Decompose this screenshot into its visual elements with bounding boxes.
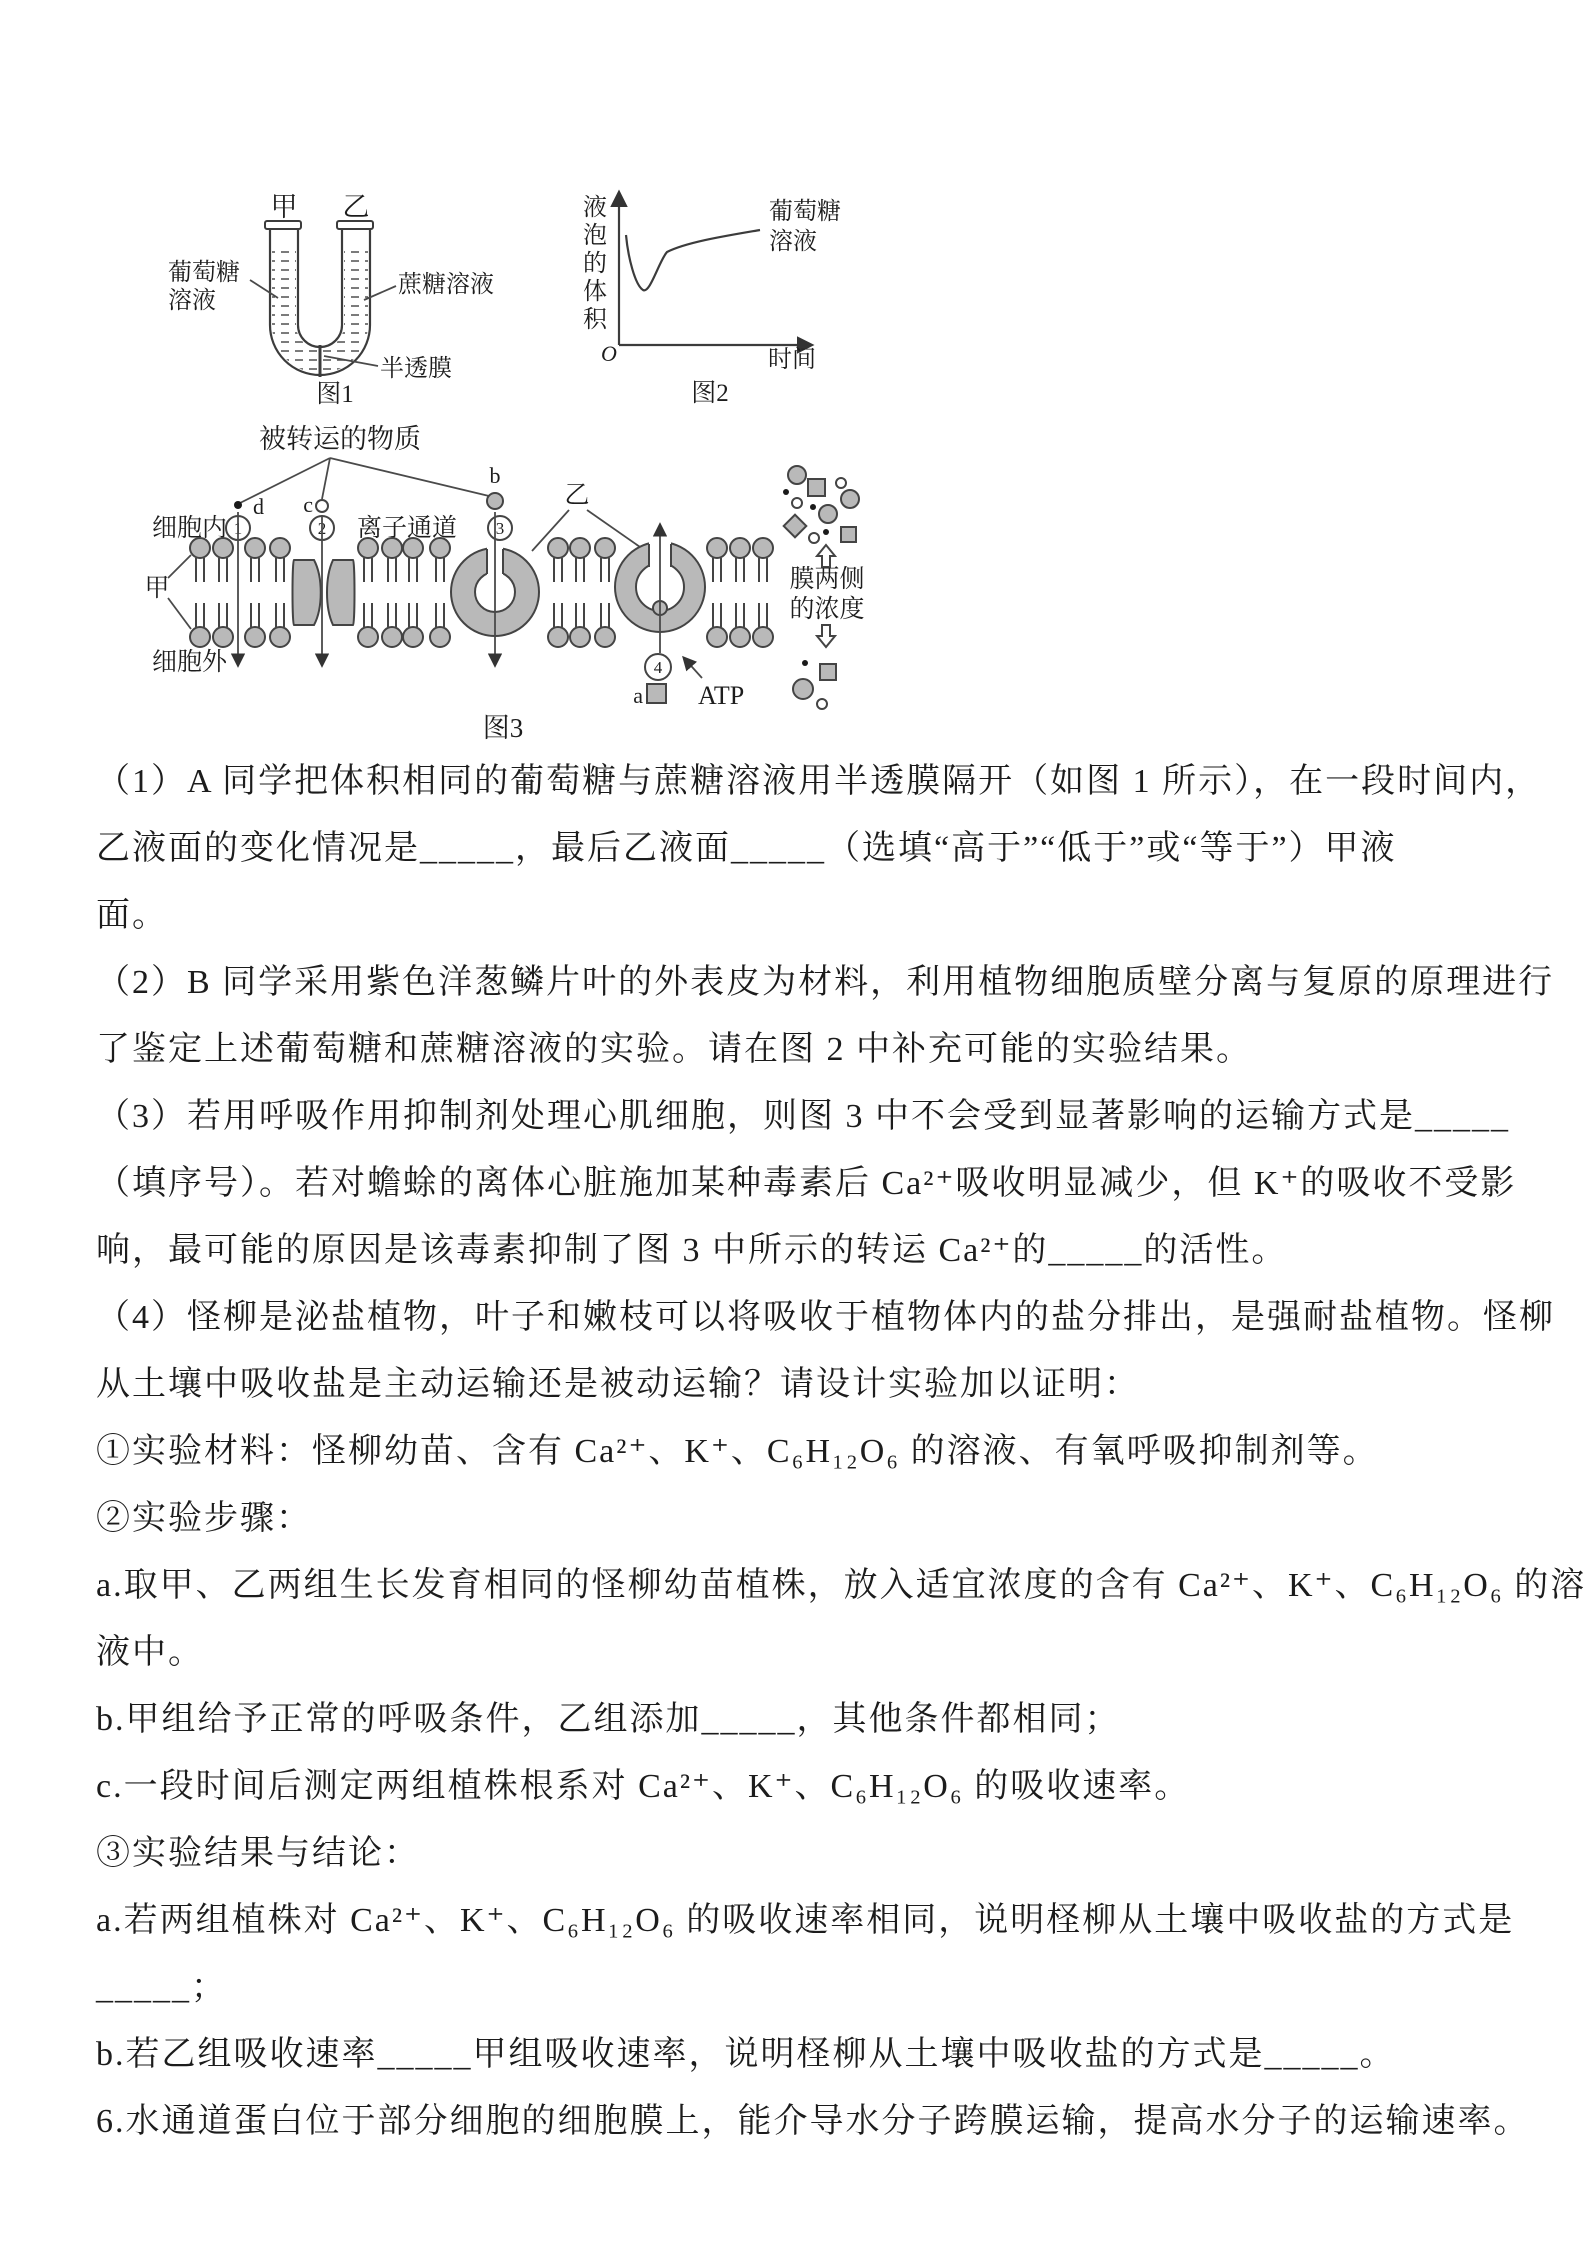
q2-line-2: 了鉴定上述葡萄糖和蔗糖溶液的实验。请在图 2 中补充可能的实验结果。 <box>96 1016 1516 1083</box>
ion-channel-protein <box>293 560 355 625</box>
q4-result-b: b.若乙组吸收速率_____甲组吸收速率，说明柽柳从土壤中吸收盐的方式是____… <box>96 2021 1516 2088</box>
circled-number-3: 3 <box>488 516 512 540</box>
svg-text:液: 液 <box>583 194 607 221</box>
q2-line-1: （2）B 同学采用紫色洋葱鳞片叶的外表皮为材料，利用植物细胞质壁分离与复原的原理… <box>96 949 1516 1016</box>
q6-line-1: 6.水通道蛋白位于部分细胞的细胞膜上，能介导水分子跨膜运输，提高水分子的运输速率… <box>96 2088 1516 2155</box>
q4-materials: ①实验材料：怪柳幼苗、含有 Ca²⁺、K⁺、C₆H₁₂O₆ 的溶液、有氧呼吸抑制… <box>96 1418 1516 1485</box>
high-concentration-particles <box>783 466 859 543</box>
q3-line-1: （3）若用呼吸作用抑制剂处理心肌细胞，则图 3 中不会受到显著影响的运输方式是_… <box>96 1083 1516 1150</box>
q4-step-c: c.一段时间后测定两组植株根系对 Ca²⁺、K⁺、C₆H₁₂O₆ 的吸收速率。 <box>96 1753 1516 1820</box>
q4-line-1: （4）怪柳是泌盐植物，叶子和嫩枝可以将吸收于植物体内的盐分排出，是强耐盐植物。怪… <box>96 1284 1516 1351</box>
svg-text:体: 体 <box>583 278 607 305</box>
svg-text:4: 4 <box>654 658 663 677</box>
cell-inside-label: 细胞内 <box>152 514 227 542</box>
q4-result-a-line-1: a.若两组植株对 Ca²⁺、K⁺、C₆H₁₂O₆ 的吸收速率相同，说明柽柳从土壤… <box>96 1887 1516 1954</box>
q3-line-3: 响，最可能的原因是该毒素抑制了图 3 中所示的转运 Ca²⁺的_____的活性。 <box>96 1217 1516 1284</box>
q1-line-3: 面。 <box>96 882 1516 949</box>
substance-b-label: b <box>490 463 501 488</box>
membrane-jia-label: 甲 <box>144 575 169 602</box>
figure-3-membrane: 被转运的物质 d c b 细胞内 1 2 离子通道 3 乙 <box>95 415 905 750</box>
figure-1-utube: 甲 乙 葡萄糖 溶液 蔗糖溶液 半透膜 图1 <box>140 140 580 412</box>
substance-b-circle <box>487 493 503 509</box>
jia-leader-lines <box>168 555 191 629</box>
figure-3-caption: 图3 <box>483 713 524 743</box>
up-arrow-icon <box>817 545 835 567</box>
glucose-curve <box>626 230 760 290</box>
substance-a-label: a <box>633 683 643 708</box>
transported-substance-label: 被转运的物质 <box>259 424 421 454</box>
figure-2-caption: 图2 <box>691 380 729 407</box>
figure-2-graph: 液 泡 的 体 积 O 时间 葡萄糖 溶液 图2 <box>555 145 865 410</box>
q4-step-b: b.甲组给予正常的呼吸条件，乙组添加_____，其他条件都相同； <box>96 1686 1516 1753</box>
protein-yi-label: 乙 <box>564 482 589 509</box>
origin-label: O <box>601 341 617 366</box>
svg-text:泡: 泡 <box>583 222 607 249</box>
glucose-solution-label-line1: 葡萄糖 <box>168 259 240 286</box>
svg-text:的: 的 <box>583 250 607 277</box>
low-concentration-particles <box>793 660 836 709</box>
q4-result-a-line-2: _____； <box>96 1954 1516 2021</box>
circled-number-4: 4 <box>645 654 671 680</box>
x-axis-label: 时间 <box>768 346 816 373</box>
q1-line-1: （1）A 同学把体积相同的葡萄糖与蔗糖溶液用半透膜隔开（如图 1 所示），在一段… <box>96 748 1516 815</box>
down-arrow-icon <box>817 625 835 647</box>
glucose-solution-label-line2: 溶液 <box>168 287 216 314</box>
q4-results-heading: ③实验结果与结论： <box>96 1820 1516 1887</box>
membrane-concentration-label-line1: 膜两侧 <box>789 565 864 593</box>
q4-steps-heading: ②实验步骤： <box>96 1485 1516 1552</box>
document-page: 甲 乙 葡萄糖 溶液 蔗糖溶液 半透膜 图1 液 泡 的 体 积 O 时间 葡萄… <box>0 0 1587 2245</box>
atp-label: ATP <box>698 681 744 710</box>
curve-series-label-line2: 溶液 <box>769 228 817 255</box>
substance-c-circle <box>316 500 328 512</box>
sucrose-solution-label: 蔗糖溶液 <box>398 271 494 298</box>
q4-step-a-line-1: a.取甲、乙两组生长发育相同的怪柳幼苗植株，放入适宜浓度的含有 Ca²⁺、K⁺、… <box>96 1552 1516 1619</box>
cell-outside-label: 细胞外 <box>152 648 228 676</box>
substance-d-dot <box>234 501 242 509</box>
q4-line-2: 从土壤中吸收盐是主动运输还是被动运输？请设计实验加以证明： <box>96 1351 1516 1418</box>
figure-1-caption: 图1 <box>316 381 354 408</box>
svg-text:积: 积 <box>583 306 608 333</box>
q1-line-2: 乙液面的变化情况是_____，最后乙液面_____（选填“高于”“低于”或“等于… <box>96 815 1516 882</box>
fan-lines <box>240 458 489 503</box>
y-axis-label: 液 泡 的 体 积 <box>583 194 608 333</box>
question-text-block: （1）A 同学把体积相同的葡萄糖与蔗糖溶液用半透膜隔开（如图 1 所示），在一段… <box>96 748 1516 2155</box>
tube-yi-label: 乙 <box>343 192 370 222</box>
atp-arrow <box>684 658 702 678</box>
curve-series-label-line1: 葡萄糖 <box>769 198 841 225</box>
substance-d-label: d <box>253 494 264 519</box>
substance-a-square <box>647 684 666 703</box>
q4-step-a-line-2: 液中。 <box>96 1619 1516 1686</box>
tube-jia-label: 甲 <box>271 192 298 222</box>
svg-text:3: 3 <box>496 519 505 538</box>
substance-c-label: c <box>303 492 313 517</box>
membrane-concentration-label-line2: 的浓度 <box>789 595 864 623</box>
semipermeable-membrane-label: 半透膜 <box>380 355 452 382</box>
q3-line-2: （填序号）。若对蟾蜍的离体心脏施加某种毒素后 Ca²⁺吸收明显减少，但 K⁺的吸… <box>96 1150 1516 1217</box>
